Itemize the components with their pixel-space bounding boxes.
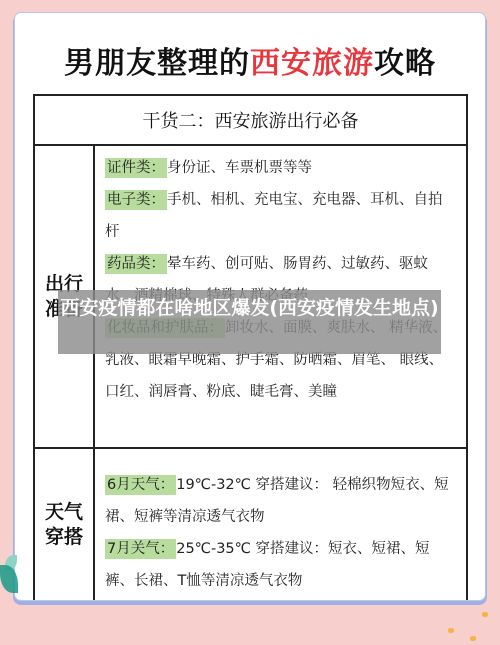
list-item: 证件类：身份证、车票机票等等 [105,152,456,184]
category-tag: 6月天气： [105,475,176,495]
title-highlight: 西安旅游 [250,46,374,81]
title-prefix: 男朋友整理的 [64,46,250,81]
category-tag: 电子类： [105,190,167,210]
confetti-icon [448,628,454,633]
row-content: 6月天气：19℃-32℃ 穿搭建议： 轻棉织物短衣、短裙、短裤等清凉透气衣物 7… [95,449,466,600]
list-item: 7月关气：25℃-35℃ 穿搭建议：短衣、短裙、短裤、长裙、T恤等清凉透气衣物 [105,533,456,597]
category-tag: 药品类： [105,254,167,274]
category-tag: 7月关气： [105,539,176,559]
table-row-weather-outfit: 天气 穿搭 6月天气：19℃-32℃ 穿搭建议： 轻棉织物短衣、短裙、短裤等清凉… [35,449,466,600]
row-label-line: 穿搭 [45,525,83,550]
table-header: 干货二：西安旅游出行必备 [35,96,466,146]
list-item: 电子类：手机、相机、充电宝、充电器、耳机、自拍杆 [105,184,456,248]
title-suffix: 攻略 [374,46,436,81]
row-label: 天气 穿搭 [35,449,95,600]
caption-overlay: 西安疫情都在啥地区爆发(西安疫情发生地点) [58,290,441,354]
item-text: 身份证、车票机票等等 [167,160,312,176]
category-tag: 证件类： [105,158,167,178]
page-title: 男朋友整理的西安旅游攻略 [15,38,485,82]
confetti-icon [482,612,488,617]
list-item: 6月天气：19℃-32℃ 穿搭建议： 轻棉织物短衣、短裙、短裤等清凉透气衣物 [105,469,456,533]
confetti-icon [470,636,476,641]
row-label-line: 天气 [45,500,83,525]
